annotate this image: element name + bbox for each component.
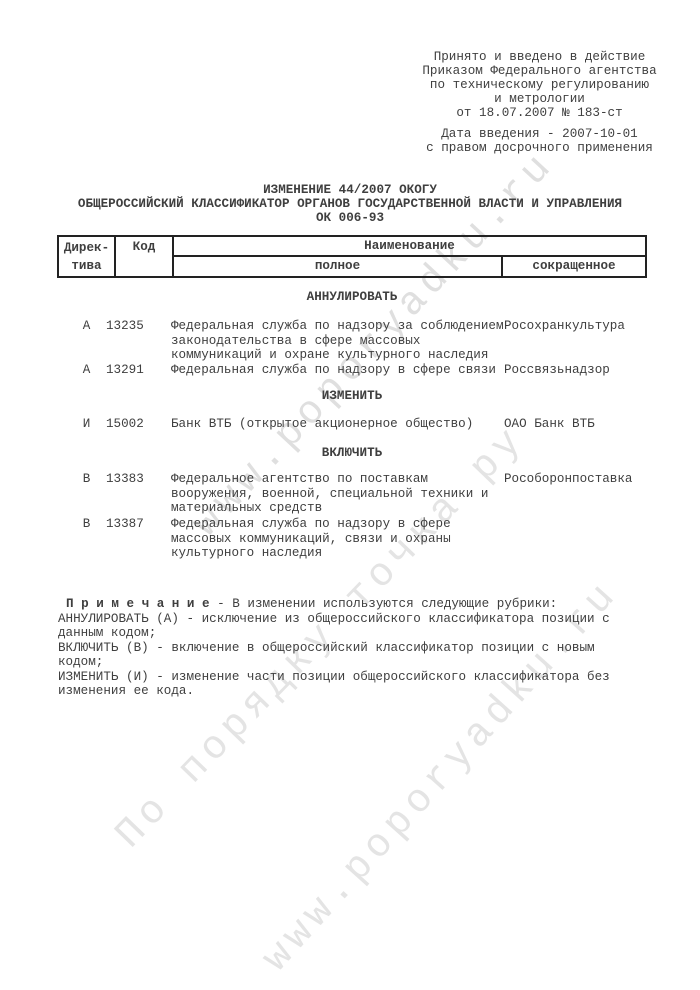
effective-date-block: Дата введения - 2007-10-01 с правом доср… [420,127,659,155]
effective-date-line: Дата введения - 2007-10-01 [420,127,659,141]
row-short-name: Рособоронпоставка [504,472,664,487]
row-code: 13235 [106,319,144,334]
adoption-order-number: от 18.07.2007 № 183-ст [420,106,659,120]
row-full-name: Федеральная служба по надзору в сфере ма… [171,517,511,561]
column-header-code: Код [116,237,174,276]
note-body: АННУЛИРОВАТЬ (А) - исключение из общерос… [58,612,650,699]
row-code: 13387 [106,517,144,532]
document-title: ИЗМЕНЕНИЕ 44/2007 ОКОГУ ОБЩЕРОССИЙСКИЙ К… [0,183,700,225]
adoption-line: Приказом Федерального агентства [420,64,659,78]
row-code: 15002 [106,417,144,432]
section-heading-annul: АННУЛИРОВАТЬ [57,290,647,305]
row-full-name: Федеральная служба по надзору за соблюде… [171,319,511,363]
note-first-line-rest: - В изменении используются следующие руб… [210,597,558,611]
note-first-line: П р и м е ч а н и е - В изменении исполь… [58,597,650,612]
column-header-directive-line1: Дирек- [64,239,109,257]
effective-date-line: с правом досрочного применения [420,141,659,155]
document-content: Принято и введено в действие Приказом Фе… [0,0,700,990]
row-short-name: Росохранкультура [504,319,664,334]
row-code: 13291 [106,363,144,378]
section-heading-change: ИЗМЕНИТЬ [57,389,647,404]
adoption-block: Принято и введено в действие Приказом Фе… [420,50,659,155]
column-header-name-short: сокращенное [503,257,645,276]
document-page: { "page": { "background": "#ffffff", "te… [0,0,700,990]
row-full-name: Федеральное агентство по поставкам воору… [171,472,511,516]
title-classifier-code: ОК 006-93 [0,211,700,225]
table-header: Дирек- тива Код Наименование полное сокр… [57,235,647,278]
row-full-name: Федеральная служба по надзору в сфере св… [171,363,511,378]
title-change-number: ИЗМЕНЕНИЕ 44/2007 ОКОГУ [0,183,700,197]
row-full-name: Банк ВТБ (открытое акционерное общество) [171,417,511,432]
column-header-directive: Дирек- тива [59,237,116,276]
row-short-name: ОАО Банк ВТБ [504,417,664,432]
column-header-directive-line2: тива [71,257,101,275]
note-label: П р и м е ч а н и е [66,597,210,611]
row-short-name: Россвязьнадзор [504,363,664,378]
column-header-name-full: полное [174,257,503,276]
section-heading-include: ВКЛЮЧИТЬ [57,446,647,461]
adoption-line: по техническому регулированию [420,78,659,92]
row-code: 13383 [106,472,144,487]
title-classifier-name: ОБЩЕРОССИЙСКИЙ КЛАССИФИКАТОР ОРГАНОВ ГОС… [0,197,700,211]
adoption-line: Принято и введено в действие [420,50,659,64]
note-block: П р и м е ч а н и е - В изменении исполь… [58,597,650,699]
adoption-line: и метрологии [420,92,659,106]
column-header-name: Наименование [174,237,645,257]
